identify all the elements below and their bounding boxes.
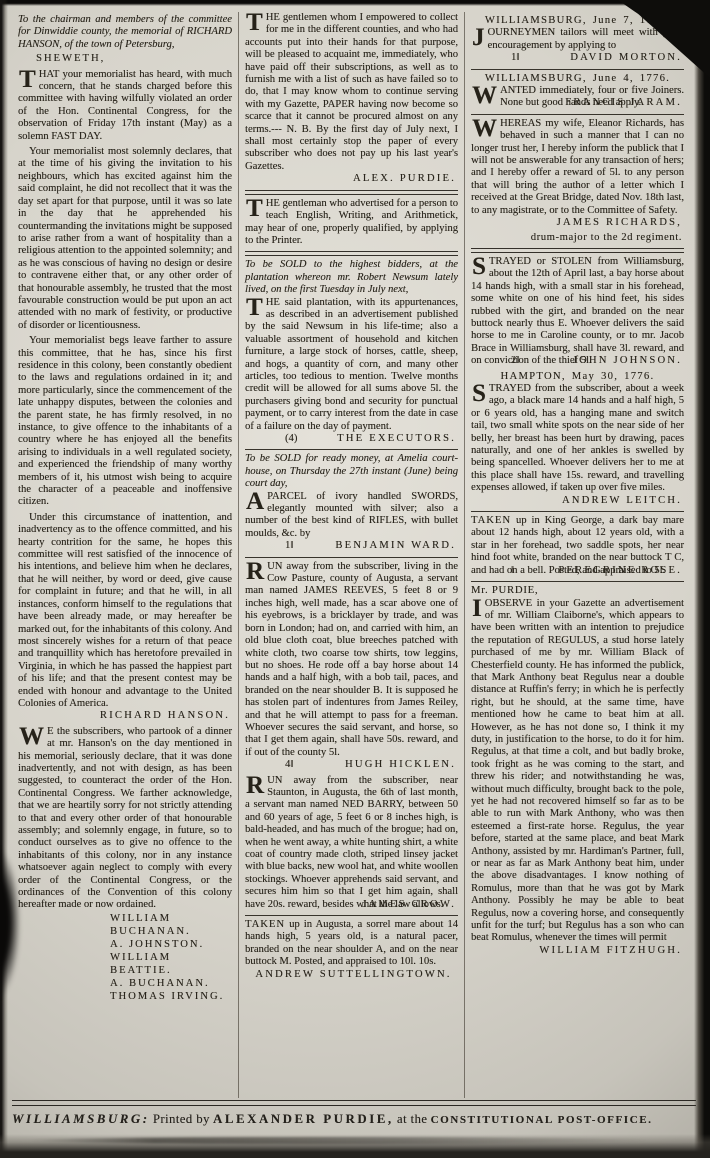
drop-cap: T [245,12,266,33]
signature-name: BENJAMIN WARD. [335,540,456,552]
section-divider [245,449,458,450]
signature-name: JOHN JOHNSON. [573,355,682,367]
reeves-signature: 4‖HUGH HICKLEN. [251,759,456,771]
column-middle: THE gentlemen whom I empowered to collec… [238,12,464,1098]
plantation-signature: (4)THE EXECUTORS. [251,433,456,445]
drop-cap: S [471,383,489,404]
signature-name: A. JOHNSTON. [110,938,232,951]
subscribers-paragraph: WE the subscribers, who partook of a din… [18,726,232,912]
memorial-signature: RICHARD HANSON. [24,710,230,722]
memorial-sheweth: SHEWETH, [18,53,232,65]
runaway-reeves-ad: RUN away from the subscriber, living in … [245,561,458,760]
section-divider [245,557,458,558]
drop-cap: R [245,561,267,582]
regulus-letter: IOBSERVE in your Gazette an advertisemen… [471,598,684,945]
section-divider [245,915,458,916]
column-left: To the chairman and members of the commi… [12,12,238,1098]
teacher-ad: THE gentleman who advertised for a perso… [245,198,458,248]
runaway-reeves-text: UN away from the subscriber, living in t… [245,561,458,758]
whereas-wife-notice: WHEREAS my wife, Eleanor Richards, has b… [471,118,684,217]
journeymen-text: OURNEYMEN tailors will meet with good en… [488,27,685,50]
collection-signature: ALEX. PURDIE. [251,173,456,185]
plantation-sale-text: HE said plantation, with its appurtenanc… [245,297,458,432]
drop-cap: T [18,69,39,90]
signature-name: A. BUCHANAN. [110,977,232,990]
imprint-footer: WILLIAMSBURG: Printed by ALEXANDER PURDI… [12,1100,696,1127]
strayed-hampton-text: TRAYED from the subscriber, about a week… [471,383,684,493]
signature-mark: ‖ [511,565,514,577]
swords-sale-intro: To be SOLD for ready money, at Amelia co… [245,453,458,490]
plantation-sale-intro: To be SOLD to the highest bidders, at th… [245,259,458,296]
strayed-stolen-ad: STRAYED or STOLEN from Williamsburg, abo… [471,256,684,368]
signature-name: HUGH HICKLEN. [345,759,456,771]
whereas-wife-text: HEREAS my wife, Eleanor Richards, has be… [471,118,684,216]
drop-cap: W [18,726,47,747]
collection-notice: THE gentlemen whom I empowered to collec… [245,12,458,173]
fitzhugh-signature: WILLIAM FITZHUGH. [477,945,682,957]
section-divider [245,251,458,256]
memorial-address: To the chairman and members of the commi… [18,14,232,51]
imprint-line: WILLIAMSBURG: Printed by ALEXANDER PURDI… [12,1112,696,1127]
page-edge-right [694,0,710,1158]
signature-name: THOMAS IRVING. [110,990,232,1003]
dateline: WILLIAMSBURG, June 4, 1776. [471,73,684,85]
mare-signature: ANDREW SUTTELLINGTOWN. [251,969,456,981]
imprint-printed-by: Printed by [153,1112,210,1126]
signature-mark: (4) [285,433,297,445]
page-columns: To the chairman and members of the commi… [12,12,696,1098]
column-right: WILLIAMSBURG, June 7, 1776. JOURNEYMEN t… [464,12,690,1098]
signature-name: ALEX. PURDIE. [353,173,456,185]
runaway-barry-text: UN away from the subscriber, near Staunt… [245,775,458,910]
regulus-letter-text: OBSERVE in your Gazette an advertisement… [471,598,684,944]
signature-name: WILLIAM FITZHUGH. [539,945,682,957]
signature-name: WILLIAM BEATTIE. [110,951,232,977]
bottom-smudge [30,1137,650,1144]
imprint-place: WILLIAMSBURG: [12,1112,150,1126]
runaway-barry-ad: RUN away from the subscriber, near Staun… [245,775,458,911]
memorial-paragraph-1: THAT your memorialist has heard, with mu… [18,69,232,143]
signature-name: JAMES RICHARDS, [557,217,682,229]
section-divider [245,190,458,195]
richards-signature: JAMES RICHARDS, [477,217,682,229]
journeymen-ad: JOURNEYMEN tailors will meet with good e… [471,27,684,52]
drop-cap: I [471,598,485,619]
signature-name: ANDREW LEITCH. [562,495,682,507]
swords-signature: 1‖BENJAMIN WARD. [251,540,456,552]
section-divider [471,581,684,582]
signature-name: PEREGRINE ROSE. [558,565,682,577]
signature-title: drum-major to the 2d regiment. [471,232,682,244]
dateline: HAMPTON, May 30, 1776. [471,371,684,383]
page-edge-top [0,0,710,6]
memorial-p1-text: HAT your memorialist has heard, with muc… [18,69,232,142]
journeymen-signature: 1‖DAVID MORTON. [477,52,682,64]
drop-cap: J [471,27,488,48]
section-divider [471,248,684,253]
newspaper-page: To the chairman and members of the commi… [0,0,710,1158]
drop-cap: R [245,775,267,796]
imprint-printer-name: ALEXANDER PURDIE, [213,1112,394,1126]
signature-name: FRANCIS JARAM. [565,97,682,109]
taken-lead: TAKEN [245,919,285,930]
plantation-sale-body: THE said plantation, with its appurtenan… [245,297,458,433]
drop-cap: T [245,198,266,219]
signature-mark: 1‖ [511,52,519,64]
footer-rule [12,1100,696,1106]
taken-lead: TAKEN [471,515,511,526]
memorial-paragraph-2: Your memorialist most solemnly declares,… [18,146,232,332]
strayed-stolen-text: TRAYED or STOLEN from Williamsburg, abou… [471,256,684,366]
section-divider [471,511,684,512]
drop-cap: S [471,256,489,277]
signature-mark: 2‖ [511,355,519,367]
swords-sale-text: PARCEL of ivory handled SWORDS, elegantl… [245,491,458,539]
imprint-office: CONSTITUTIONAL POST-OFFICE. [431,1114,653,1126]
section-divider [471,69,684,70]
teacher-ad-text: HE gentleman who advertised for a person… [245,198,458,246]
signature-name: THE EXECUTORS. [337,433,456,445]
signature-name: JAMES CROW. [362,899,456,911]
collection-notice-text: HE gentlemen whom I empowered to collect… [245,12,458,172]
section-divider [471,114,684,115]
signature-name: DAVID MORTON. [570,52,682,64]
signature-mark: 1‖ [285,540,293,552]
memorial-paragraph-4: Under this circumstance of inattention, … [18,512,232,711]
subscribers-text: E the subscribers, who partook of a dinn… [18,726,232,911]
strayed-hampton-ad: STRAYED from the subscriber, about a wee… [471,383,684,495]
imprint-at-the: at the [397,1112,427,1126]
ink-stain [0,848,20,998]
leitch-signature: ANDREW LEITCH. [477,495,682,507]
drop-cap: W [471,85,500,106]
signature-name: ANDREW SUTTELLINGTOWN. [255,969,451,981]
taken-mare-ad: TAKEN up in Augusta, a sorrel mare about… [245,919,458,969]
signature-name: WILLIAM BUCHANAN. [110,912,232,938]
swords-sale-body: APARCEL of ivory handled SWORDS, elegant… [245,491,458,541]
drop-cap: W [471,118,500,139]
signature-mark: 4‖ [285,759,293,771]
subscribers-signatures: WILLIAM BUCHANAN. A. JOHNSTON. WILLIAM B… [110,912,232,1003]
letter-salutation: Mr. PURDIE, [471,585,684,597]
memorial-paragraph-3: Your memorialist begs leave farther to a… [18,335,232,509]
drop-cap: T [245,297,266,318]
signature-name: RICHARD HANSON. [100,710,230,722]
drop-cap: A [245,491,267,512]
